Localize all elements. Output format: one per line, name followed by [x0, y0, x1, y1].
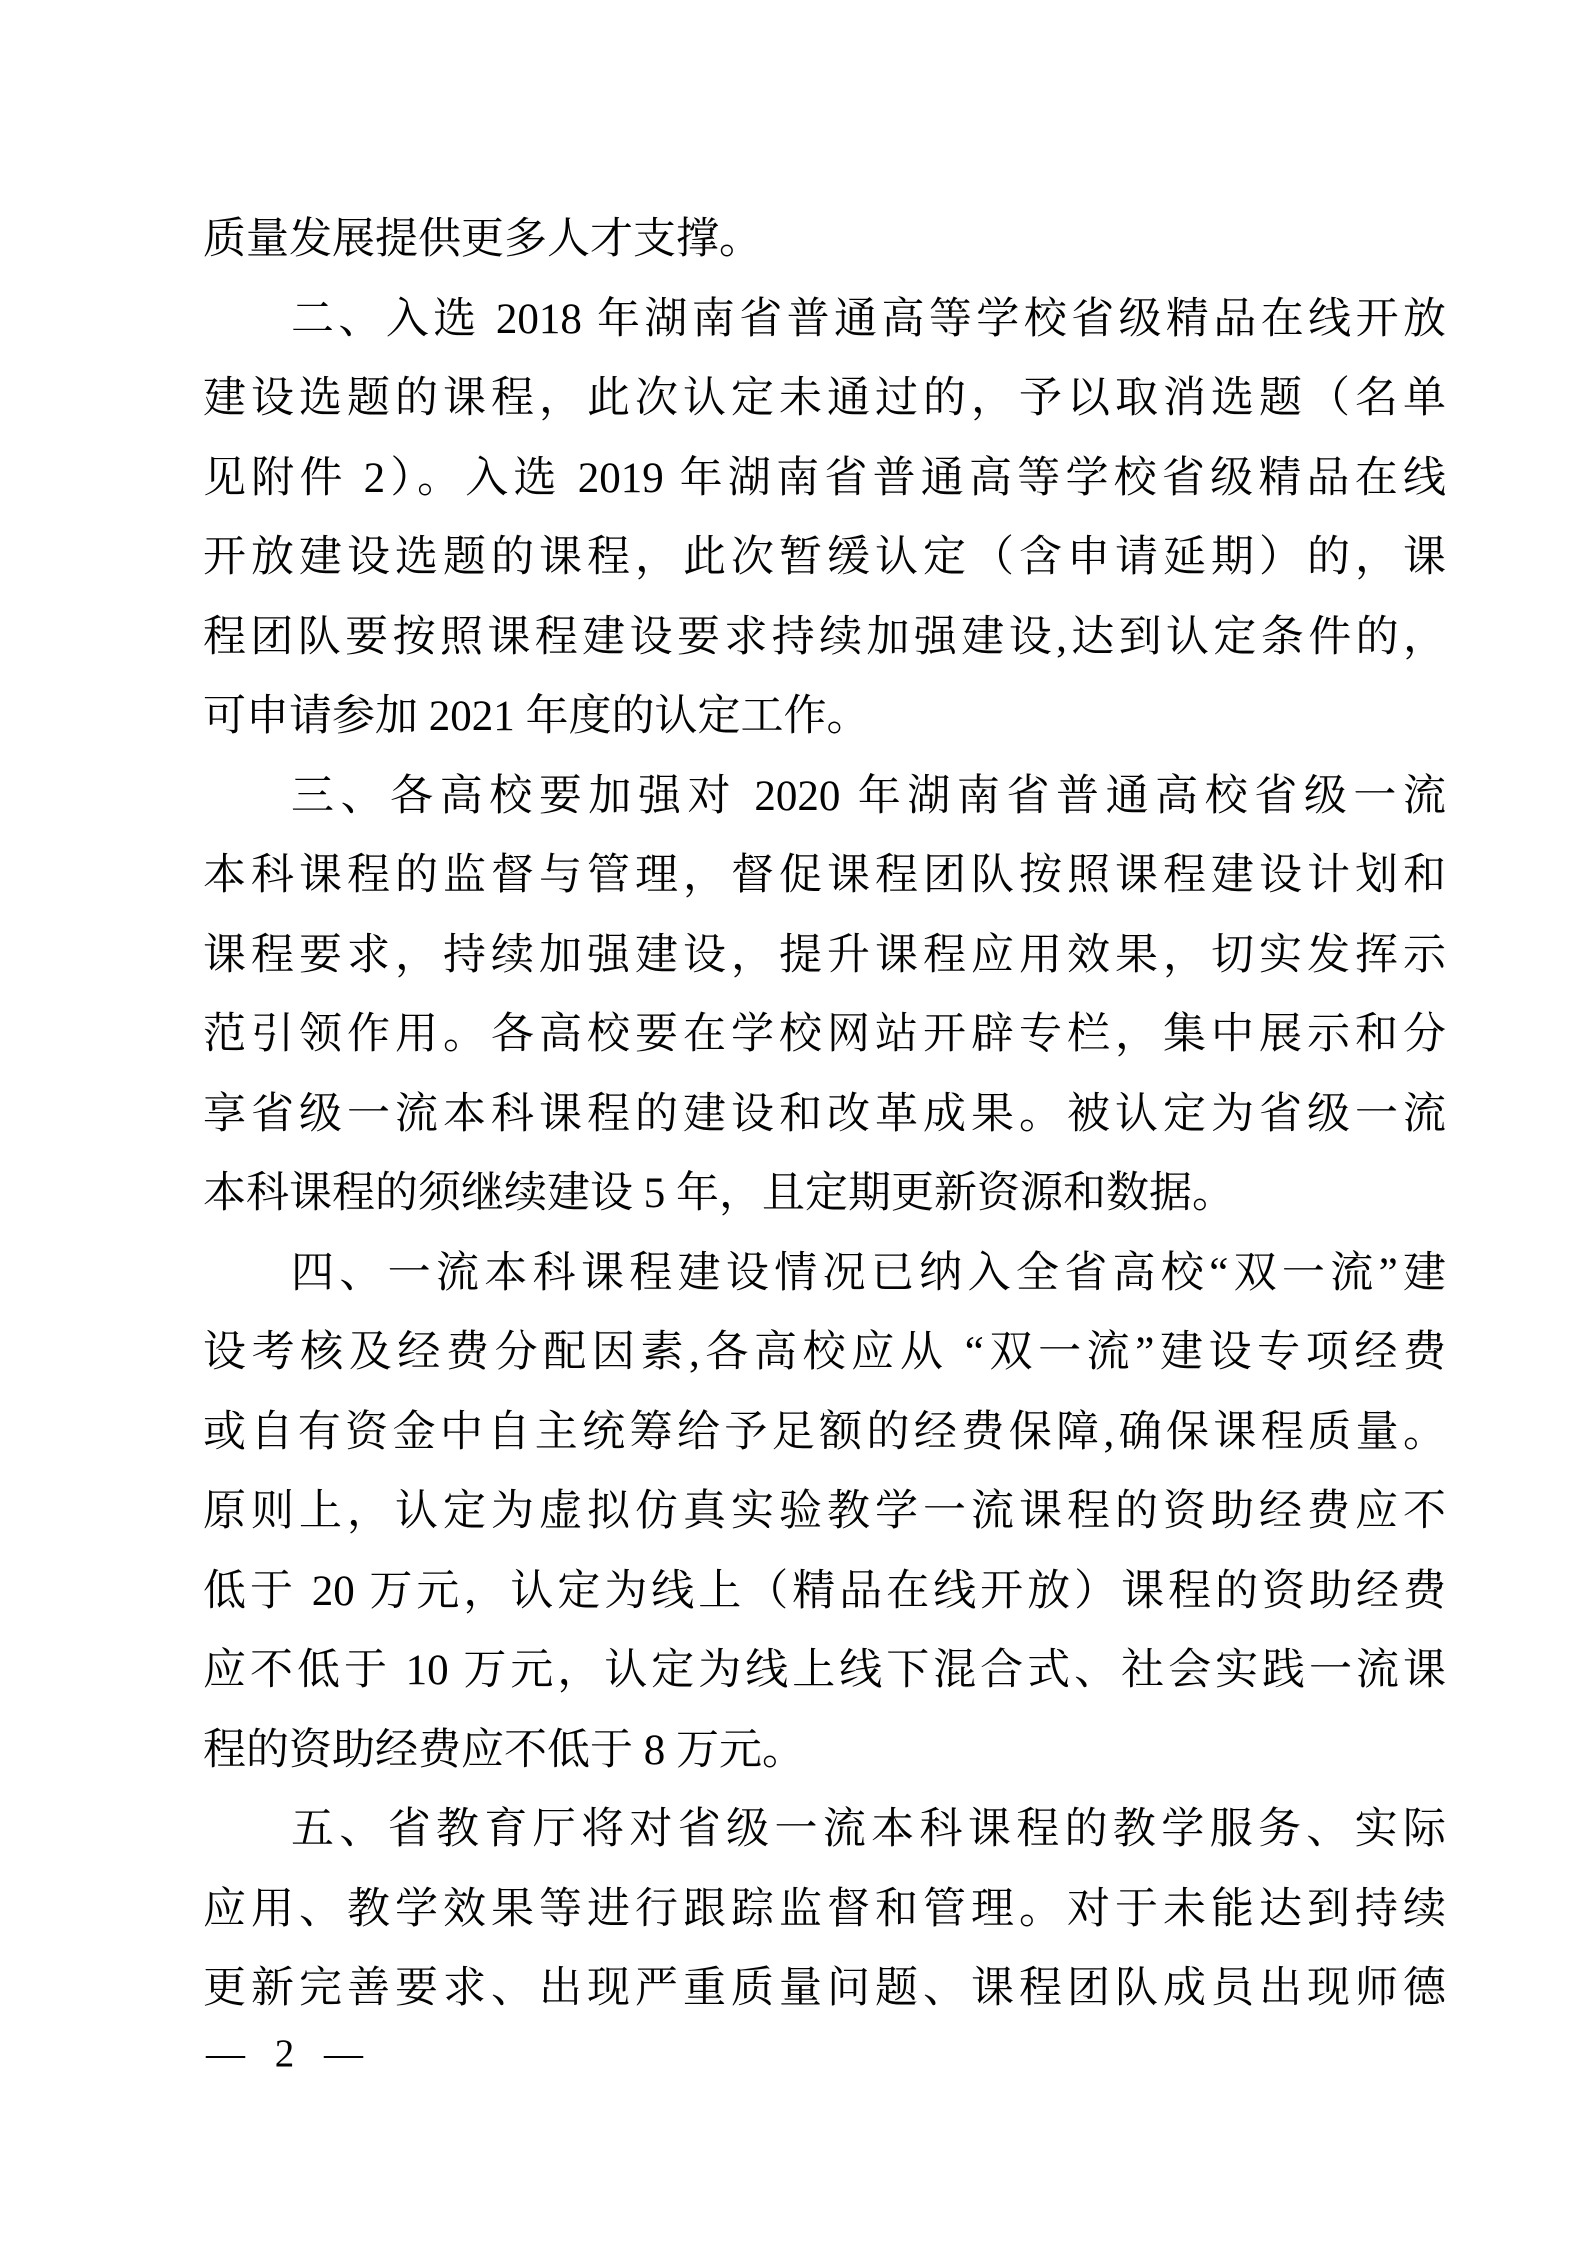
page-number: — 2 —: [206, 2026, 365, 2082]
document-line: 四、一流本科课程建设情况已纳入全省高校“双一流”建: [203, 1234, 1446, 1314]
document-line: 可申请参加 2021 年度的认定工作。: [203, 677, 1446, 757]
document-line: 程的资助经费应不低于 8 万元。: [203, 1711, 1446, 1791]
document-line: 或自有资金中自主统筹给予足额的经费保障,确保课程质量。: [203, 1393, 1446, 1473]
document-line: 应用、教学效果等进行跟踪监督和管理。对于未能达到持续: [203, 1870, 1446, 1950]
document-line: 见附件 2）。入选 2019 年湖南省普通高等学校省级精品在线: [203, 439, 1446, 519]
document-line: 课程要求，持续加强建设，提升课程应用效果，切实发挥示: [203, 916, 1446, 996]
document-line: 更新完善要求、出现严重质量问题、课程团队成员出现师德: [203, 1949, 1446, 2029]
document-line: 本科课程的须继续建设 5 年，且定期更新资源和数据。: [203, 1154, 1446, 1234]
document-line: 本科课程的监督与管理，督促课程团队按照课程建设计划和: [203, 836, 1446, 916]
document-line: 二、入选 2018 年湖南省普通高等学校省级精品在线开放: [203, 280, 1446, 360]
document-line: 三、各高校要加强对 2020 年湖南省普通高校省级一流: [203, 757, 1446, 837]
document-page: 质量发展提供更多人才支撑。二、入选 2018 年湖南省普通高等学校省级精品在线开…: [0, 0, 1587, 2245]
document-line: 原则上，认定为虚拟仿真实验教学一流课程的资助经费应不: [203, 1472, 1446, 1552]
document-body: 质量发展提供更多人才支撑。二、入选 2018 年湖南省普通高等学校省级精品在线开…: [203, 200, 1446, 2029]
document-line: 设考核及经费分配因素,各高校应从 “双一流”建设专项经费: [203, 1313, 1446, 1393]
document-line: 开放建设选题的课程，此次暂缓认定（含申请延期）的，课: [203, 518, 1446, 598]
document-line: 程团队要按照课程建设要求持续加强建设,达到认定条件的，: [203, 598, 1446, 678]
document-line: 低于 20 万元，认定为线上（精品在线开放）课程的资助经费: [203, 1552, 1446, 1632]
document-line: 质量发展提供更多人才支撑。: [203, 200, 1446, 280]
document-line: 范引领作用。各高校要在学校网站开辟专栏，集中展示和分: [203, 995, 1446, 1075]
document-line: 五、省教育厅将对省级一流本科课程的教学服务、实际: [203, 1790, 1446, 1870]
document-line: 应不低于 10 万元，认定为线上线下混合式、社会实践一流课: [203, 1631, 1446, 1711]
document-line: 建设选题的课程，此次认定未通过的，予以取消选题（名单: [203, 359, 1446, 439]
document-line: 享省级一流本科课程的建设和改革成果。被认定为省级一流: [203, 1075, 1446, 1155]
